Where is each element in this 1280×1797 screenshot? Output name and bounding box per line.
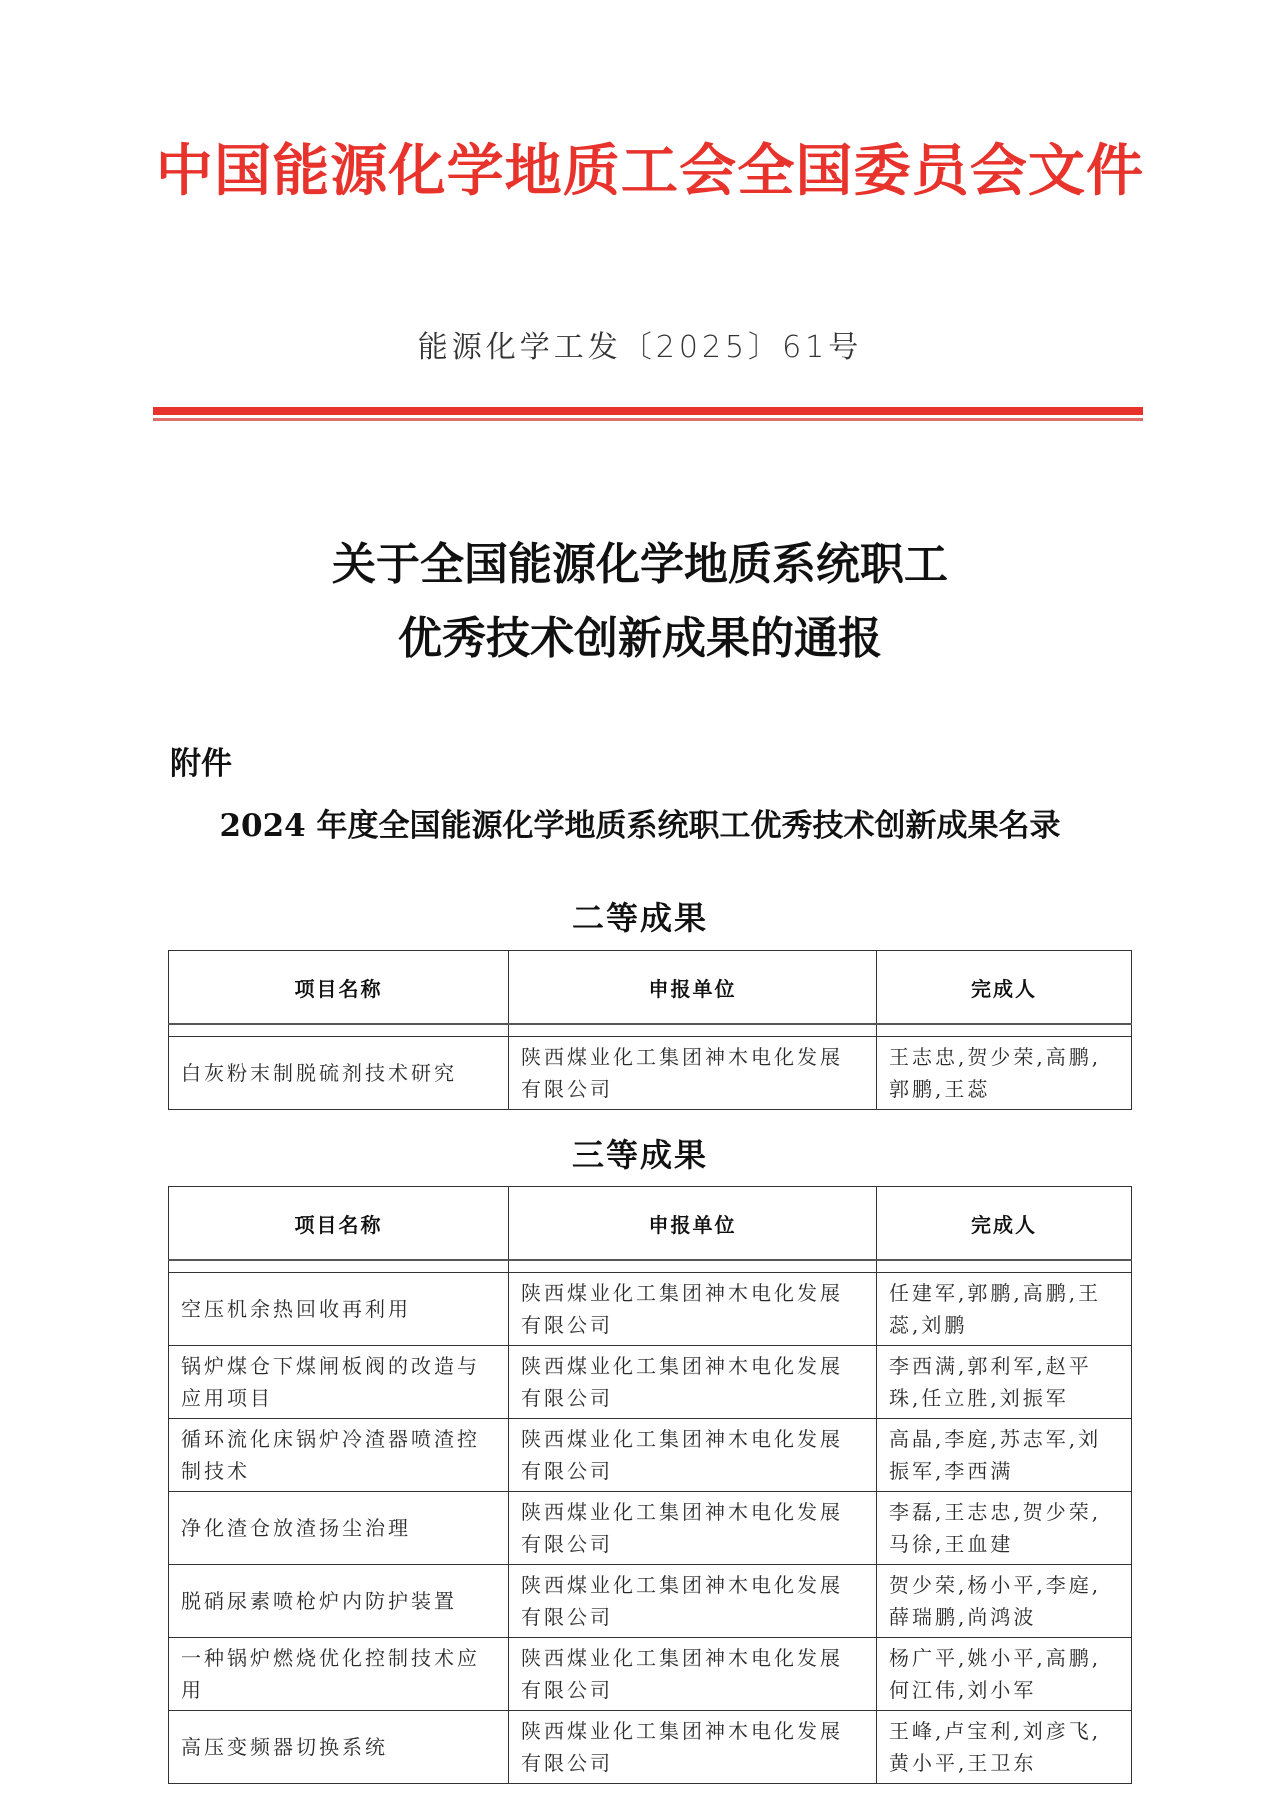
column-header-people: 完成人 — [877, 1187, 1132, 1261]
project-name: 循环流化床锅炉冷渣器喷渣控制技术 — [169, 1419, 509, 1492]
column-header-project: 项目名称 — [169, 1187, 509, 1261]
column-header-unit: 申报单位 — [509, 1187, 877, 1261]
table-row: 高压变频器切换系统 陕西煤业化工集团神木电化发展有限公司 王峰,卢宝利,刘彦飞,… — [169, 1711, 1132, 1784]
document-number: 能源化学工发〔2025〕61号 — [0, 325, 1280, 370]
table-row: 脱硝尿素喷枪炉内防护装置 陕西煤业化工集团神木电化发展有限公司 贺少荣,杨小平,… — [169, 1565, 1132, 1638]
project-name: 白灰粉末制脱硫剂技术研究 — [169, 1037, 509, 1110]
table-header-row: 项目名称 申报单位 完成人 — [169, 1187, 1132, 1261]
title-line-1: 关于全国能源化学地质系统职工 — [0, 528, 1280, 602]
table-row: 空压机余热回收再利用 陕西煤业化工集团神木电化发展有限公司 任建军,郭鹏,高鹏,… — [169, 1273, 1132, 1346]
contributors: 杨广平,姚小平,高鹏,何江伟,刘小军 — [877, 1638, 1132, 1711]
contributors: 王志忠,贺少荣,高鹏,郭鹏,王蕊 — [877, 1037, 1132, 1110]
reporting-unit: 陕西煤业化工集团神木电化发展有限公司 — [509, 1419, 877, 1492]
third-prize-table: 项目名称 申报单位 完成人 空压机余热回收再利用 陕西煤业化工集团神木电化发展有… — [168, 1186, 1132, 1784]
reporting-unit: 陕西煤业化工集团神木电化发展有限公司 — [509, 1711, 877, 1784]
table-row: 一种锅炉燃烧优化控制技术应用 陕西煤业化工集团神木电化发展有限公司 杨广平,姚小… — [169, 1638, 1132, 1711]
title-line-2: 优秀技术创新成果的通报 — [0, 602, 1280, 676]
contributors: 王峰,卢宝利,刘彦飞,黄小平,王卫东 — [877, 1711, 1132, 1784]
red-rule-thin — [153, 418, 1143, 421]
table-row: 锅炉煤仓下煤闸板阀的改造与应用项目 陕西煤业化工集团神木电化发展有限公司 李西满… — [169, 1346, 1132, 1419]
contributors: 高晶,李庭,苏志军,刘振军,李西满 — [877, 1419, 1132, 1492]
project-name: 锅炉煤仓下煤闸板阀的改造与应用项目 — [169, 1346, 509, 1419]
project-name: 脱硝尿素喷枪炉内防护装置 — [169, 1565, 509, 1638]
project-name: 空压机余热回收再利用 — [169, 1273, 509, 1346]
table-spacer-row — [169, 1024, 1132, 1037]
contributors: 李西满,郭利军,赵平珠,任立胜,刘振军 — [877, 1346, 1132, 1419]
attachment-label: 附件 — [170, 738, 232, 783]
reporting-unit: 陕西煤业化工集团神木电化发展有限公司 — [509, 1273, 877, 1346]
second-prize-table: 项目名称 申报单位 完成人 白灰粉末制脱硫剂技术研究 陕西煤业化工集团神木电化发… — [168, 950, 1132, 1110]
reporting-unit: 陕西煤业化工集团神木电化发展有限公司 — [509, 1638, 877, 1711]
project-name: 净化渣仓放渣扬尘治理 — [169, 1492, 509, 1565]
table-row: 循环流化床锅炉冷渣器喷渣控制技术 陕西煤业化工集团神木电化发展有限公司 高晶,李… — [169, 1419, 1132, 1492]
issuer-header: 中国能源化学地质工会全国委员会文件 — [150, 122, 1150, 222]
contributors: 任建军,郭鹏,高鹏,王蕊,刘鹏 — [877, 1273, 1132, 1346]
contributors: 贺少荣,杨小平,李庭,薛瑞鹏,尚鸿波 — [877, 1565, 1132, 1638]
table-row: 净化渣仓放渣扬尘治理 陕西煤业化工集团神木电化发展有限公司 李磊,王志忠,贺少荣… — [169, 1492, 1132, 1565]
reporting-unit: 陕西煤业化工集团神木电化发展有限公司 — [509, 1492, 877, 1565]
reporting-unit: 陕西煤业化工集团神木电化发展有限公司 — [509, 1346, 877, 1419]
section-title-second-prize: 二等成果 — [0, 893, 1280, 939]
project-name: 高压变频器切换系统 — [169, 1711, 509, 1784]
column-header-people: 完成人 — [877, 951, 1132, 1025]
project-name: 一种锅炉燃烧优化控制技术应用 — [169, 1638, 509, 1711]
list-title: 2024 年度全国能源化学地质系统职工优秀技术创新成果名录 — [0, 800, 1280, 845]
reporting-unit: 陕西煤业化工集团神木电化发展有限公司 — [509, 1037, 877, 1110]
reporting-unit: 陕西煤业化工集团神木电化发展有限公司 — [509, 1565, 877, 1638]
document-title: 关于全国能源化学地质系统职工 优秀技术创新成果的通报 — [0, 528, 1280, 676]
table-spacer-row — [169, 1260, 1132, 1273]
contributors: 李磊,王志忠,贺少荣,马徐,王血建 — [877, 1492, 1132, 1565]
red-rule-thick — [153, 407, 1143, 415]
column-header-project: 项目名称 — [169, 951, 509, 1025]
table-header-row: 项目名称 申报单位 完成人 — [169, 951, 1132, 1025]
section-title-third-prize: 三等成果 — [0, 1130, 1280, 1176]
column-header-unit: 申报单位 — [509, 951, 877, 1025]
table-row: 白灰粉末制脱硫剂技术研究 陕西煤业化工集团神木电化发展有限公司 王志忠,贺少荣,… — [169, 1037, 1132, 1110]
